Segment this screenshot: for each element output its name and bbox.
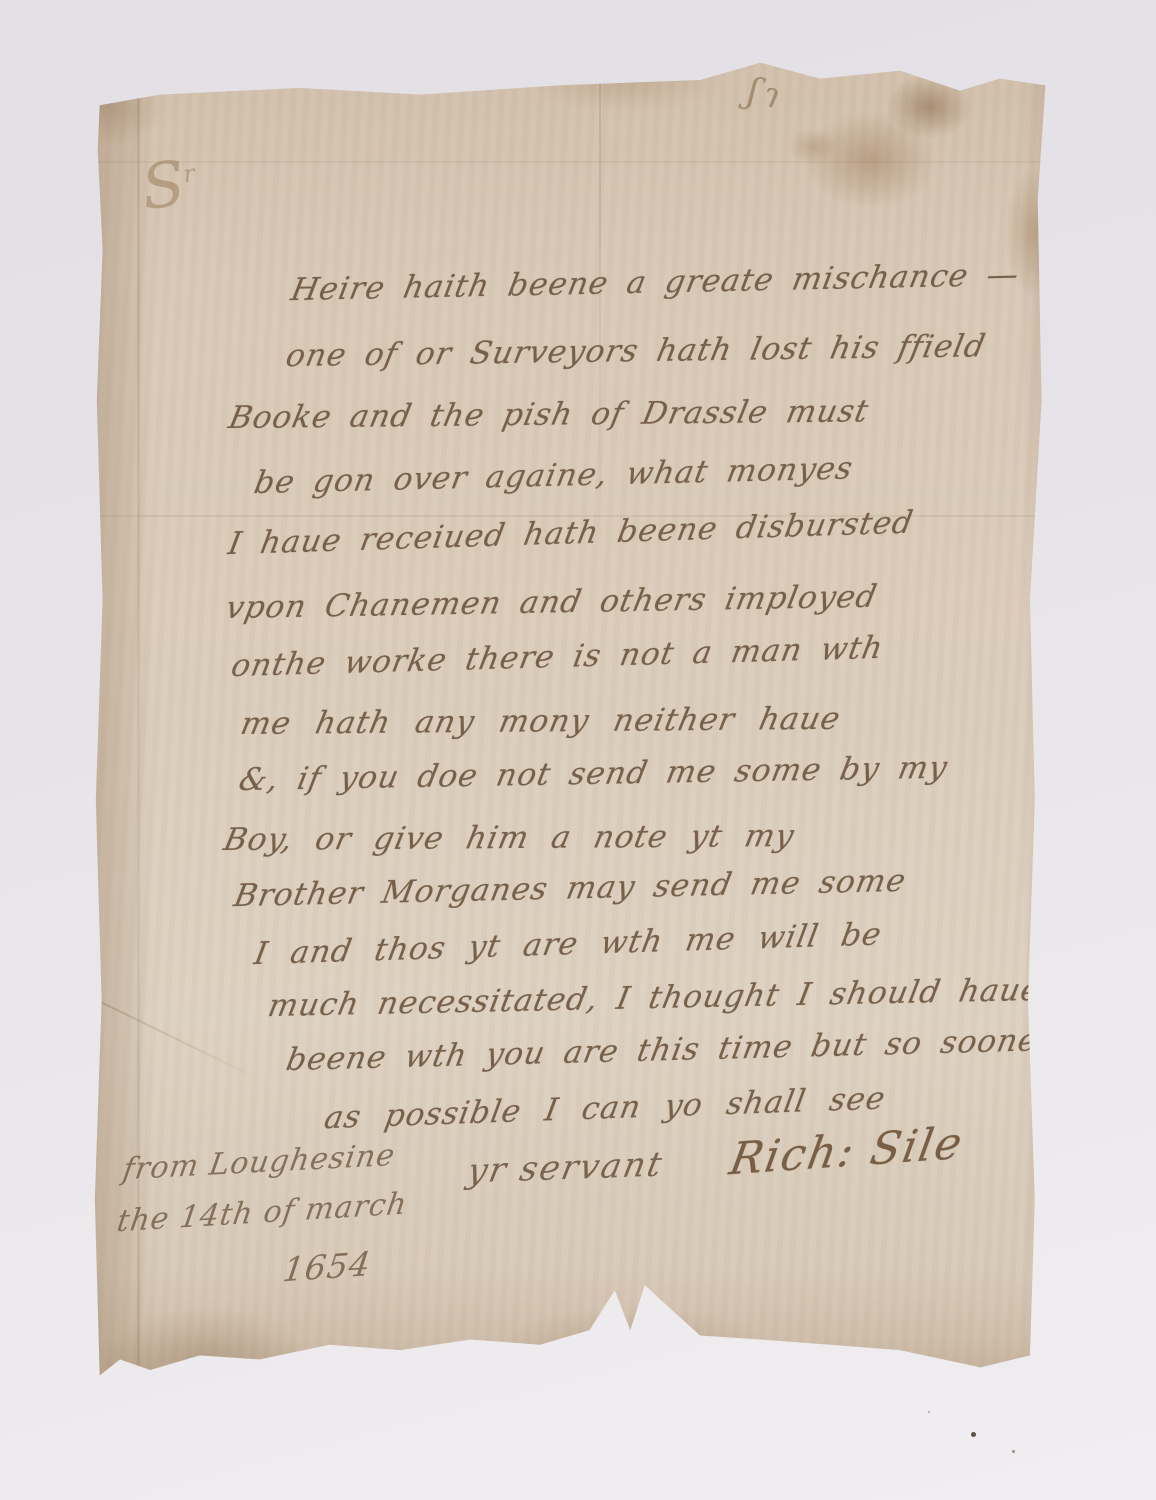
- letter-line: Heire haith beene a greate mischance —: [288, 257, 1022, 308]
- letter-line: &, if you doe not send me some by my: [236, 750, 951, 798]
- letter-line: Booke and the pish of Drassle must: [226, 393, 872, 436]
- letter-line: much necessitated, I thought I should ha…: [265, 972, 1044, 1024]
- letter-line: me hath any mony neither haue: [238, 701, 844, 742]
- letter-line: beene wth you are this time but so soone: [283, 1022, 1041, 1078]
- left-fold-crease: [137, 60, 140, 1390]
- signature: Rich: Sile: [726, 1117, 968, 1185]
- letter-line: be gon over againe, what monyes: [251, 450, 856, 501]
- salutation-flourish: Sr: [138, 145, 200, 224]
- background-speck: [928, 1411, 930, 1413]
- ink-marks-top-edge: ʃɿ: [744, 70, 790, 118]
- letter-line: Boy, or give him a note yt my: [221, 818, 798, 858]
- letter-line: onthe worke there is not a man wth: [228, 630, 886, 684]
- closing-prefix: yr servant: [464, 1144, 667, 1191]
- letter-line: I haue receiued hath beene disbursted: [225, 504, 916, 562]
- dateline-year: 1654: [280, 1244, 373, 1290]
- dateline-place: from Loughesine: [120, 1138, 397, 1188]
- letter-line: vpon Chanemen and others imployed: [223, 579, 880, 626]
- letter-line: as possible I can yo shall see: [322, 1080, 889, 1136]
- letter-line: I and thos yt are wth me will be: [251, 916, 884, 972]
- horizontal-crease-top: [90, 161, 1060, 163]
- letter-line: Brother Morganes may send me some: [231, 863, 909, 914]
- background-speck: [971, 1432, 976, 1437]
- background-speck: [1012, 1450, 1015, 1453]
- vertical-crease: [599, 60, 601, 592]
- diagonal-crease-bottom-left: [80, 991, 270, 1085]
- dateline-day: the 14th of march: [115, 1186, 410, 1239]
- letter-line: one of or Surveyors hath lost his ffield: [283, 328, 989, 374]
- photo-background: Sr ʃɿ Heire haith beene a greate mischan…: [0, 0, 1156, 1500]
- letter-paper: Sr ʃɿ Heire haith beene a greate mischan…: [90, 60, 1060, 1390]
